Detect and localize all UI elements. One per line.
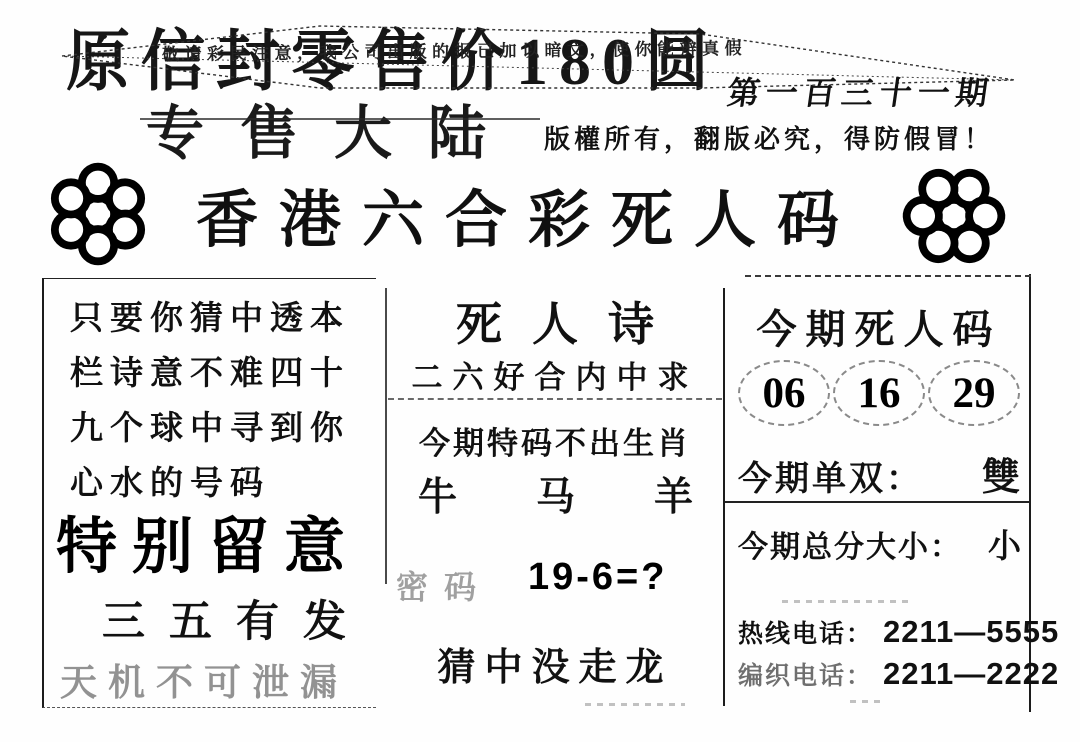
hotline-number: 2211—5555	[883, 614, 1059, 650]
odd-even-label: 今期单双：	[738, 451, 923, 500]
total-size-label: 今期总分大小：	[738, 522, 962, 566]
intro-line: 九个球中寻到你	[70, 402, 350, 457]
zodiac-char: 马	[536, 466, 575, 522]
poem-line: 二六好合内中求	[385, 352, 725, 397]
number-oval: 06	[738, 360, 830, 426]
intro-line: 栏诗意不难四十	[70, 347, 350, 402]
scan-strike-line	[140, 118, 540, 120]
zodiac-char: 牛	[418, 466, 457, 522]
special-notice-title: 特别留意	[56, 498, 360, 585]
odd-even-value: 雙	[982, 446, 1020, 501]
poem-divider	[388, 398, 722, 400]
contact-label: 编织电话：	[738, 656, 873, 692]
scan-artifact	[782, 600, 912, 603]
hotline-row: 热线电话： 2211—5555	[738, 614, 1020, 650]
odd-even-row: 今期单双： 雙	[738, 446, 1020, 501]
deadcode-title: 今期死人码	[738, 298, 1020, 355]
deadcode-numbers-row: 06 16 29	[738, 360, 1020, 426]
total-size-value: 小	[988, 520, 1021, 567]
intro-line: 只要你猜中透本	[70, 292, 350, 347]
scan-artifact	[585, 703, 685, 706]
right-box-divider	[725, 501, 1030, 503]
zodiac-tip-line: 今期特码不出生肖	[385, 418, 725, 463]
total-size-row: 今期总分大小： 小	[738, 520, 1020, 567]
zodiac-row: 牛 马 羊	[418, 466, 693, 522]
faded-hint-line: 天机不可泄漏	[60, 652, 348, 706]
number-oval: 29	[928, 360, 1020, 426]
issue-number: 第一百三十一期	[725, 68, 997, 114]
zodiac-char: 羊	[654, 466, 693, 522]
scan-artifact	[850, 700, 884, 703]
number-oval: 16	[833, 360, 925, 426]
poem-title: 死人诗	[385, 288, 725, 354]
flower-cluster-icon	[46, 162, 150, 266]
subtitle-mainland: 专售大陆	[146, 86, 522, 170]
page-title: 香港六合彩死人码	[196, 170, 860, 259]
right-box-top-border	[745, 275, 1031, 277]
bottom-claim-line: 猜中没走龙	[385, 636, 725, 691]
contact-row: 编织电话： 2211—2222	[738, 656, 1020, 692]
intro-text: 只要你猜中透本 栏诗意不难四十 九个球中寻到你 心水的号码	[70, 292, 350, 512]
copyright-line: 版權所有，翻版必究，得防假冒！	[544, 119, 994, 156]
contact-number: 2211—2222	[883, 656, 1059, 692]
flyer-page: 原信封零售价180圆 敬请彩民注意，我公司出版的报已加以暗文，使你能辨真假 第一…	[0, 0, 1080, 742]
special-notice-sub: 三五有发	[102, 588, 370, 649]
secret-code-formula: 19-6=?	[528, 556, 667, 599]
flower-cluster-icon	[883, 145, 1025, 287]
hotline-label: 热线电话：	[738, 614, 873, 650]
secret-code-label: 密码	[396, 562, 492, 608]
